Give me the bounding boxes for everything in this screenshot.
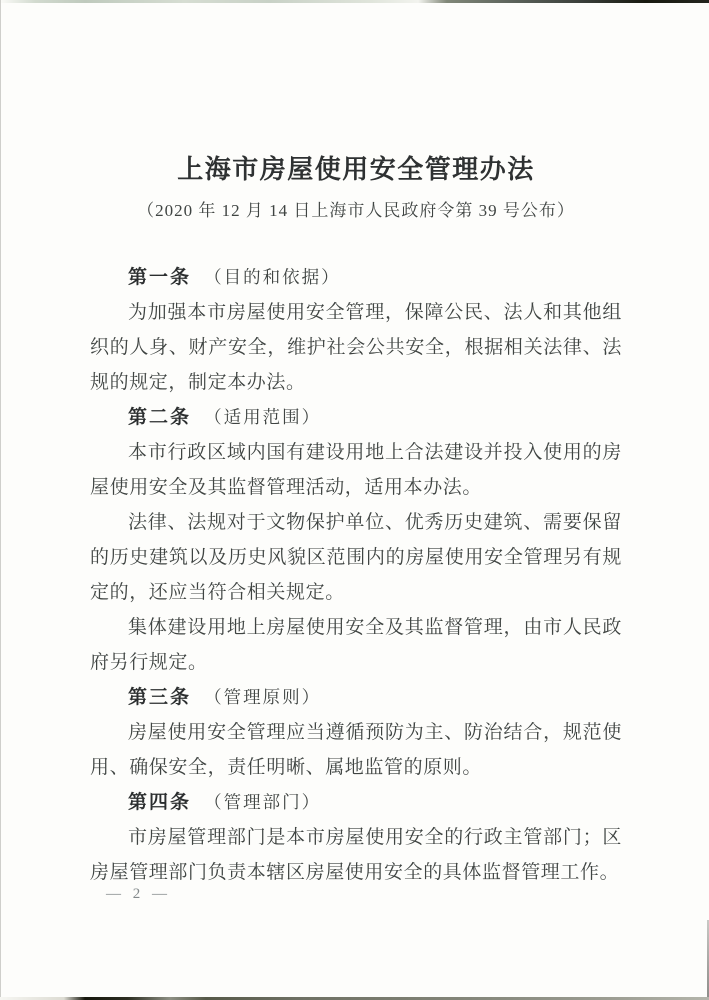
article-3-paragraph-1: 房屋使用安全管理应当遵循预防为主、防治结合，规范使用、确保安全，责任明晰、属地监… xyxy=(90,715,622,785)
document-body: 上海市房屋使用安全管理办法 （2020 年 12 月 14 日上海市人民政府令第… xyxy=(90,0,622,890)
article-4: 第四条（管理部门） 市房屋管理部门是本市房屋使用安全的行政主管部门；区房屋管理部… xyxy=(90,785,622,890)
article-3: 第三条（管理原则） 房屋使用安全管理应当遵循预防为主、防治结合，规范使用、确保安… xyxy=(90,680,622,785)
document-title: 上海市房屋使用安全管理办法 xyxy=(90,154,622,186)
article-2-paragraph-1: 本市行政区域内国有建设用地上合法建设并投入使用的房屋使用安全及其监督管理活动，适… xyxy=(90,435,622,505)
article-2-paragraph-2: 法律、法规对于文物保护单位、优秀历史建筑、需要保留的历史建筑以及历史风貌区范围内… xyxy=(90,505,622,610)
articles-section: 第一条（目的和依据） 为加强本市房屋使用安全管理，保障公民、法人和其他组织的人身… xyxy=(90,260,622,890)
article-2: 第二条（适用范围） 本市行政区域内国有建设用地上合法建设并投入使用的房屋使用安全… xyxy=(90,400,622,680)
article-1-topic: （目的和依据） xyxy=(204,267,341,287)
article-1-paragraph-1: 为加强本市房屋使用安全管理，保障公民、法人和其他组织的人身、财产安全，维护社会公… xyxy=(90,295,622,400)
article-4-number: 第四条 xyxy=(128,792,191,813)
article-3-topic: （管理原则） xyxy=(204,687,321,707)
article-3-number: 第三条 xyxy=(128,687,191,708)
article-4-header: 第四条（管理部门） xyxy=(90,785,622,820)
article-2-topic: （适用范围） xyxy=(204,407,321,427)
document-subtitle: （2020 年 12 月 14 日上海市人民政府令第 39 号公布） xyxy=(90,198,622,224)
article-2-header: 第二条（适用范围） xyxy=(90,400,622,435)
article-1-header: 第一条（目的和依据） xyxy=(90,260,622,295)
article-2-paragraph-3: 集体建设用地上房屋使用安全及其监督管理，由市人民政府另行规定。 xyxy=(90,610,622,680)
scan-artifact-left-edge xyxy=(0,0,1,1000)
article-1-number: 第一条 xyxy=(128,267,191,288)
scanned-document-page: 上海市房屋使用安全管理办法 （2020 年 12 月 14 日上海市人民政府令第… xyxy=(0,0,709,1000)
article-3-header: 第三条（管理原则） xyxy=(90,680,622,715)
article-4-paragraph-1: 市房屋管理部门是本市房屋使用安全的行政主管部门；区房屋管理部门负责本辖区房屋使用… xyxy=(90,820,622,890)
article-4-topic: （管理部门） xyxy=(204,792,321,812)
page-number: — 2 — xyxy=(106,886,171,903)
article-1: 第一条（目的和依据） 为加强本市房屋使用安全管理，保障公民、法人和其他组织的人身… xyxy=(90,260,622,400)
article-2-number: 第二条 xyxy=(128,407,191,428)
